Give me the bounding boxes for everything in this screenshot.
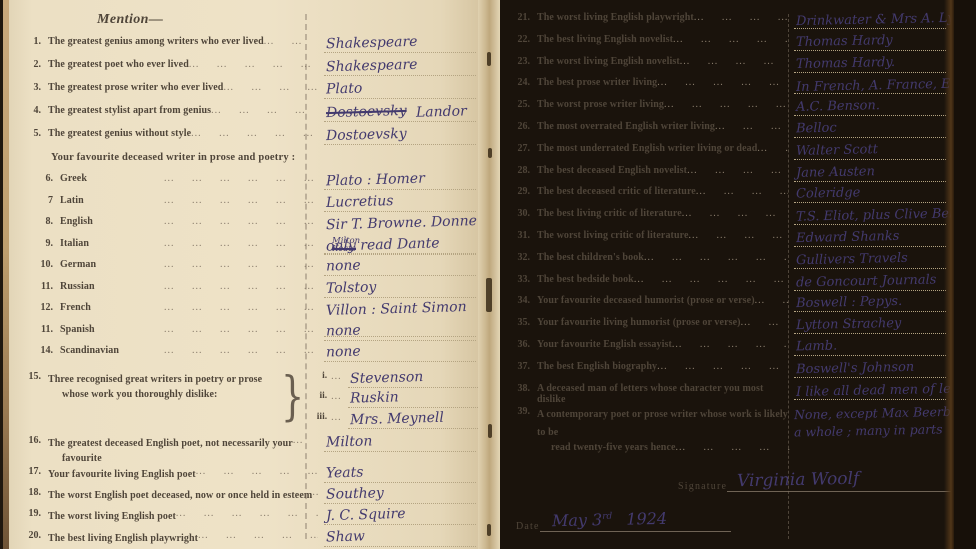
answer-text: Shakespeare	[326, 58, 418, 75]
question-number: 38.	[510, 381, 530, 394]
answer-column-divider	[788, 14, 789, 539]
question-text: The worst living critic of literature	[537, 228, 689, 241]
answer-text: Landor	[415, 104, 466, 120]
binding-stitch	[488, 148, 492, 158]
answer-text: A.C. Benson.	[796, 99, 880, 114]
question-number: 28.	[510, 163, 530, 176]
question-row: 32. The best children's book Gullivers T…	[500, 250, 946, 272]
answer-line: Ruskin	[348, 389, 500, 408]
date-row: Date May 3rd1924	[516, 506, 946, 532]
question-text: Three recognised great writers in poetry…	[48, 372, 262, 385]
answer-text: Southey	[326, 486, 384, 502]
book-left-edge	[0, 0, 9, 549]
answer-line: Lamb.	[794, 337, 946, 356]
question-text: The greatest deceased English poet, not …	[48, 436, 293, 449]
questions-6-14: 6. Greek Plato : Homer 7 Latin	[9, 171, 478, 365]
dot-leader	[689, 228, 788, 241]
question-row: 14. Scandinavian none	[9, 343, 478, 365]
question-number: 3.	[21, 80, 41, 93]
answer-line: Plato	[324, 80, 476, 99]
question-row: 8. English Sir T. Browne. Donne ? Milton…	[9, 214, 478, 236]
question-text: The worst living English novelist	[537, 54, 680, 67]
dot-leader	[657, 359, 788, 372]
answer-text: none	[326, 259, 361, 275]
dot-leader	[164, 322, 318, 335]
answer-line: Plato : Homer	[324, 171, 476, 190]
question-text: The best living critic of literature	[537, 206, 682, 219]
question-row: 21. The worst living English playwright …	[500, 10, 946, 32]
question-number: 34.	[510, 293, 530, 306]
question-text: Your favourite English essayist	[537, 337, 672, 350]
question-row: 4. The greatest stylist apart from geniu…	[9, 103, 478, 126]
question-text: The best deceased English novelist	[537, 163, 687, 176]
question-text-block: The greatest deceased English poet, not …	[48, 433, 293, 464]
sub-item-label: i.	[311, 369, 327, 381]
dot-leader	[657, 75, 788, 88]
answer-text: Shakespeare	[326, 35, 418, 52]
answer-line: Lytton Strachey	[794, 315, 946, 334]
question-text: German	[60, 257, 164, 270]
question-row: 18. The worst English poet deceased, now…	[9, 485, 478, 506]
question-number: 36.	[510, 337, 530, 350]
answer-line: none	[324, 257, 476, 276]
question-text: The best children's book	[537, 250, 644, 263]
question-number: 26.	[510, 119, 530, 132]
question-text-block: The best living English playwright	[48, 528, 198, 546]
question-row: 29. The best deceased critic of literatu…	[500, 184, 946, 206]
dot-leader	[176, 506, 318, 519]
question-number: 31.	[510, 228, 530, 241]
signature-row: Signature Virginia Woolf	[678, 466, 946, 492]
question-number: 30.	[510, 206, 530, 219]
binding-stitch	[487, 52, 491, 66]
answer-line: Dostoevsky Landor	[324, 103, 476, 122]
dot-leader	[331, 369, 342, 382]
question-row: 33. The best bedside book de Goncourt Jo…	[500, 272, 946, 294]
brace-glyph: }	[281, 369, 304, 425]
question-number: 4.	[21, 103, 41, 116]
question-text: The best living English novelist	[537, 32, 673, 45]
struck-answer-text: Dostoevsky	[326, 104, 407, 121]
dot-leader	[164, 300, 318, 313]
answer-text: Boswell's Johnson	[796, 361, 914, 377]
question-text: English	[60, 214, 164, 227]
question-row-39: 39. A contemporary poet or prose writer …	[500, 404, 946, 446]
question-text: The worst living English playwright	[537, 10, 694, 23]
page-edge-shadow	[944, 0, 954, 549]
dot-leader	[696, 184, 788, 197]
question-number: 5.	[21, 126, 41, 139]
question-text-block: Three recognised great writers in poetry…	[48, 369, 274, 400]
question-number: 35.	[510, 315, 530, 328]
answer-text: de Goncourt Journals	[796, 273, 937, 290]
question-number: 2.	[21, 57, 41, 70]
answer-text: J. C. Squire	[326, 507, 406, 524]
question-number: 9.	[33, 236, 53, 249]
answer-line: A.C. Benson.	[794, 97, 946, 116]
dot-leader	[755, 293, 788, 306]
answer-text: Villon : Saint Simon	[326, 300, 467, 319]
dot-leader	[164, 193, 318, 206]
question-text: Scandinavian	[60, 343, 164, 356]
dot-leader	[164, 279, 318, 292]
answer-line: T.S. Eliot, plus Clive Bell	[794, 206, 946, 225]
dot-leader	[634, 272, 788, 285]
question-row: 26. The most overrated English writer li…	[500, 119, 946, 141]
question-row: 2. The greatest poet who ever lived Shak…	[9, 57, 478, 80]
answer-text: Thomas Hardy	[796, 34, 893, 50]
answer-text: Walter Scott	[796, 143, 878, 158]
question-row: 37. The best English biography Boswell's…	[500, 359, 946, 381]
question-text-line2: read twenty-five years hence	[537, 440, 676, 453]
dot-leader	[757, 141, 788, 154]
question-number: 1.	[21, 34, 41, 47]
sub-answers: i. Stevenson ii. Ruskin	[311, 369, 500, 431]
dot-leader	[680, 54, 788, 67]
question-text: The most underrated English writer livin…	[537, 141, 757, 154]
question-text-block: The worst English poet deceased, now or …	[48, 485, 312, 503]
answer-line: Lucretius	[324, 193, 476, 212]
answer-line: only read Dante	[324, 236, 476, 255]
answer-line: Southey	[324, 485, 476, 504]
dot-leader	[331, 410, 342, 423]
questions-21-38: 21. The worst living English playwright …	[500, 0, 946, 402]
question-number: 22.	[510, 32, 530, 45]
question-row: 3. The greatest prose writer who ever li…	[9, 80, 478, 103]
dot-leader	[164, 171, 318, 184]
signature-value: Virginia Woolf	[727, 472, 955, 492]
question-number: 10.	[33, 257, 53, 270]
question-text-line2: favourite	[48, 451, 293, 464]
question-row: 20. The best living English playwright S…	[9, 528, 478, 549]
answer-line: none	[324, 343, 476, 362]
answer-text: Mrs. Meynell	[349, 410, 443, 427]
question-row: 38. A deceased man of letters whose char…	[500, 381, 946, 403]
answer-line: Jane Austen	[794, 163, 946, 182]
question-text: Your favourite living humorist (prose or…	[537, 315, 741, 328]
answer-line: In French, A. France, E.M.Forster, perha…	[794, 75, 946, 94]
dot-leader	[191, 126, 318, 139]
date-label: Date	[516, 521, 540, 532]
question-text: The best bedside book	[537, 272, 634, 285]
question-text: Russian	[60, 279, 164, 292]
dot-leader	[715, 119, 788, 132]
question-text: The most overrated English writer living	[537, 119, 715, 132]
dot-leader	[694, 10, 788, 23]
answer-block: None, except Max Beerbohm, as a whole ; …	[794, 404, 952, 440]
question-number: 18.	[21, 485, 41, 498]
question-text: A contemporary poet or prose writer whos…	[537, 407, 788, 438]
question-row: 36. Your favourite English essayist Lamb…	[500, 337, 946, 359]
answer-line: J. C. Squire	[324, 506, 476, 525]
dot-leader	[664, 97, 788, 110]
answer-text: Ruskin	[349, 390, 398, 406]
dot-leader	[223, 80, 318, 93]
subsection-header: Your favourite deceased writer in prose …	[51, 152, 478, 169]
question-text-block: The worst living English poet	[48, 506, 176, 524]
dot-leader	[672, 337, 788, 350]
question-text: The best English biography	[537, 359, 657, 372]
question-row: 28. The best deceased English novelist J…	[500, 163, 946, 185]
sub-answer-row: ii. Ruskin	[311, 389, 500, 410]
answer-line: Boswell's Johnson	[794, 359, 946, 378]
signature-label: Signature	[678, 481, 727, 492]
question-number: 25.	[510, 97, 530, 110]
dot-leader	[644, 250, 788, 263]
dot-leader	[164, 257, 318, 270]
dot-leader	[331, 389, 342, 402]
question-text: The best prose writer living	[537, 75, 657, 88]
answer-text: Lytton Strachey	[796, 317, 902, 333]
question-text: French	[60, 300, 164, 313]
question-text: The worst living English poet	[48, 509, 176, 522]
answer-text: T.S. Eliot, plus Clive Bell	[796, 207, 958, 224]
question-text: The worst English poet deceased, now or …	[48, 488, 312, 501]
sub-item-label: ii.	[311, 389, 327, 401]
question-number: 11.	[33, 279, 53, 292]
question-text: The greatest genius among writers who ev…	[48, 34, 264, 47]
dot-leader	[189, 57, 318, 70]
date-value: May 3rd1924	[540, 512, 731, 532]
signature-handwriting: Virginia Woolf	[737, 471, 860, 491]
answer-text: Plato	[326, 81, 363, 97]
answer-line: I like all dead men of letters	[794, 381, 946, 400]
answer-text: only read Dante	[326, 236, 440, 254]
question-row: 6. Greek Plato : Homer	[9, 171, 478, 193]
left-page: Mention— 1. The greatest genius among wr…	[9, 0, 478, 549]
question-number: 15.	[21, 369, 41, 382]
book-photo: Mention— 1. The greatest genius among wr…	[0, 0, 976, 549]
dot-leader	[312, 485, 318, 498]
answer-text: Yeats	[326, 465, 364, 481]
question-text: Your favourite living English poet	[48, 467, 196, 480]
question-text: Latin	[60, 193, 164, 206]
dot-leader	[164, 236, 318, 249]
question-text-block: A contemporary poet or prose writer whos…	[537, 404, 790, 453]
question-number: 32.	[510, 250, 530, 263]
answer-line: Boswell : Pepys.	[794, 293, 946, 312]
sub-answer-row: i. Stevenson	[311, 369, 500, 390]
question-number: 37.	[510, 359, 530, 372]
answer-text: Belloc	[796, 122, 837, 136]
dot-leader	[164, 343, 318, 356]
answer-line: Yeats	[324, 464, 476, 483]
answer-text: none	[326, 345, 361, 361]
binding-stitch	[486, 278, 492, 312]
question-row: 9. Italian only read Dante	[9, 236, 478, 258]
question-text: Spanish	[60, 322, 164, 335]
answer-line: Coleridge	[794, 184, 946, 203]
answer-column-divider	[305, 14, 307, 539]
answer-line: none	[324, 322, 476, 341]
answer-line: Gullivers Travels	[794, 250, 946, 269]
answer-text: Jane Austen	[796, 165, 875, 180]
answer-text: Milton	[326, 434, 373, 450]
question-text: The best deceased critic of literature	[537, 184, 696, 197]
dot-leader	[164, 214, 318, 227]
book-gutter	[478, 0, 500, 549]
answer-text: Tolstoy	[326, 280, 377, 296]
answer-text: Edward Shanks	[796, 230, 900, 246]
answer-text: none	[326, 323, 361, 339]
question-text-block: Your favourite living English poet	[48, 464, 196, 482]
question-row: 10. German none	[9, 257, 478, 279]
question-row: 7 Latin Lucretius	[9, 193, 478, 215]
dot-leader	[264, 34, 318, 47]
answer-line: Walter Scott	[794, 141, 946, 160]
question-row: 17. Your favourite living English poet Y…	[9, 464, 478, 485]
question-row: 5. The greatest genius without style Dos…	[9, 126, 478, 149]
answer-text: Coleridge	[796, 187, 861, 202]
question-row: 12. French Villon : Saint Simon	[9, 300, 478, 322]
right-page: 21. The worst living English playwright …	[500, 0, 946, 549]
dot-leader	[211, 103, 318, 116]
questions-16-20: 16. The greatest deceased English poet, …	[9, 433, 478, 549]
sub-answer-row: iii. Mrs. Meynell	[311, 410, 500, 431]
date-ordinal: rd	[602, 512, 612, 522]
answer-line: Milton	[324, 433, 476, 452]
answer-text: Sir T. Browne. Donne ?	[326, 214, 489, 233]
answer-line: Shakespeare	[324, 34, 476, 53]
question-number: 17.	[21, 464, 41, 477]
question-text: The greatest poet who ever lived	[48, 57, 189, 70]
question-number: 8.	[33, 214, 53, 227]
dot-leader	[198, 528, 318, 541]
answer-text: Lamb.	[796, 340, 837, 354]
answer-line: Stevenson	[348, 369, 500, 388]
answer-text: Lucretius	[326, 194, 394, 211]
question-text: Your favourite deceased humorist (prose …	[537, 293, 755, 306]
question-text-line2: whose work you thoroughly dislike:	[48, 387, 274, 400]
question-text: Italian	[60, 236, 164, 249]
question-row: 16. The greatest deceased English poet, …	[9, 433, 478, 464]
answer-text: Plato : Homer	[326, 172, 425, 189]
question-text: The greatest stylist apart from genius	[48, 103, 211, 116]
question-number: 11.	[33, 322, 53, 335]
question-row: 11. Spanish none	[9, 322, 478, 344]
question-row: 25. The worst prose writer living A.C. B…	[500, 97, 946, 119]
question-number: 12.	[33, 300, 53, 313]
sub-item-label: iii.	[311, 410, 327, 422]
question-number: 16.	[21, 433, 41, 446]
question-number: 21.	[510, 10, 530, 23]
answer-text: Thomas Hardy.	[796, 56, 895, 72]
question-number: 23.	[510, 54, 530, 67]
question-row-15: 15. Three recognised great writers in po…	[9, 369, 478, 433]
answer-line: Shakespeare	[324, 57, 476, 76]
question-text: The greatest genius without style	[48, 126, 191, 139]
question-row: 30. The best living critic of literature…	[500, 206, 946, 228]
binding-stitch	[488, 424, 492, 438]
dot-leader	[682, 206, 788, 219]
question-row: 22. The best living English novelist Tho…	[500, 32, 946, 54]
answer-text: Dostoevsky	[326, 127, 407, 144]
question-number: 39.	[510, 404, 530, 417]
answer-text: Gullivers Travels	[796, 252, 908, 268]
answer-text-line2: a whole ; many in parts	[794, 423, 943, 439]
question-text: The worst prose writer living	[537, 97, 664, 110]
question-row: 1. The greatest genius among writers who…	[9, 34, 478, 57]
dot-leader	[196, 464, 318, 477]
answer-text: Shaw	[326, 529, 365, 545]
section-title: Mention—	[97, 12, 478, 28]
questions-1-5: 1. The greatest genius among writers who…	[9, 34, 478, 149]
question-number: 24.	[510, 75, 530, 88]
binding-stitch	[487, 524, 491, 536]
question-number: 33.	[510, 272, 530, 285]
question-number: 7	[33, 193, 53, 206]
question-text: A deceased man of letters whose characte…	[537, 381, 788, 405]
date-handwriting: May 3rd1924	[552, 511, 667, 530]
question-text: Greek	[60, 171, 164, 184]
question-row: 24. The best prose writer living In Fren…	[500, 75, 946, 97]
answer-line: Shaw	[324, 528, 476, 547]
answer-line: Dostoevsky	[324, 126, 476, 145]
question-text: The greatest prose writer who ever lived	[48, 80, 223, 93]
answer-line: Tolstoy	[324, 279, 476, 298]
question-text: The best living English playwright	[48, 531, 198, 544]
question-row: 19. The worst living English poet J. C. …	[9, 506, 478, 527]
question-row: 23. The worst living English novelist Th…	[500, 54, 946, 76]
dot-leader	[676, 440, 791, 453]
question-number: 19.	[21, 506, 41, 519]
answer-line: Thomas Hardy	[794, 32, 946, 51]
question-number: 27.	[510, 141, 530, 154]
question-row: 31. The worst living critic of literatur…	[500, 228, 946, 250]
question-row: 35. Your favourite living humorist (pros…	[500, 315, 946, 337]
question-number: 14.	[33, 343, 53, 356]
question-row: 11. Russian Tolstoy	[9, 279, 478, 301]
answer-text: Boswell : Pepys.	[796, 295, 902, 311]
answer-line: Belloc	[794, 119, 946, 138]
answer-text: Stevenson	[349, 369, 423, 386]
dot-leader	[741, 315, 788, 328]
answer-line: Mrs. Meynell	[348, 410, 500, 429]
answer-line: Thomas Hardy.	[794, 54, 946, 73]
question-row: 34. Your favourite deceased humorist (pr…	[500, 293, 946, 315]
question-number: 29.	[510, 184, 530, 197]
book-right-edge	[954, 0, 976, 549]
answer-line: de Goncourt Journals	[794, 272, 946, 291]
answer-line: Drinkwater & Mrs A. Lyttelton	[794, 10, 946, 29]
dot-leader	[687, 163, 788, 176]
answer-line: Edward Shanks	[794, 228, 946, 247]
question-number: 6.	[33, 171, 53, 184]
question-row: 27. The most underrated English writer l…	[500, 141, 946, 163]
dot-leader	[673, 32, 788, 45]
question-number: 20.	[21, 528, 41, 541]
